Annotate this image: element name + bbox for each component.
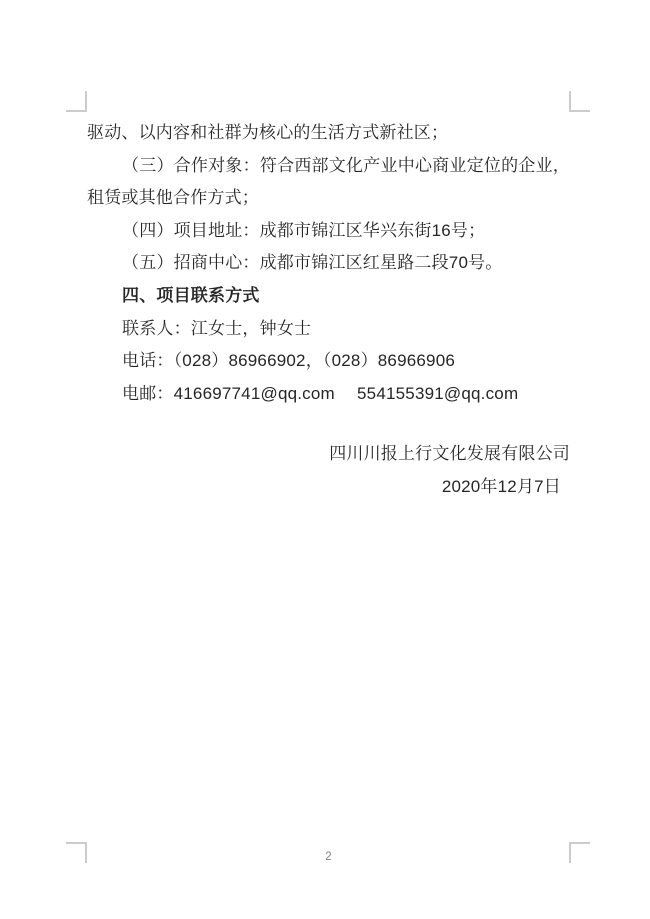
contact-phone-line: 电话：（028）86966902，（028）86966906 xyxy=(87,345,570,378)
paragraph-item-three: （三）合作对象：符合西部文化产业中心商业定位的企业， xyxy=(87,150,570,183)
page-number: 2 xyxy=(87,848,570,866)
blank-line-spacer xyxy=(87,410,570,438)
paragraph-continuation: 驱动、以内容和社群为核心的生活方式新社区； xyxy=(87,117,570,150)
paragraph-item-five: （五）招商中心：成都市锦江区红星路二段70号。 xyxy=(87,247,570,280)
document-page: 驱动、以内容和社群为核心的生活方式新社区； （三）合作对象：符合西部文化产业中心… xyxy=(0,0,650,919)
paragraph-item-three-continuation: 租赁或其他合作方式； xyxy=(87,182,570,215)
paragraph-item-four: （四）项目地址：成都市锦江区华兴东街16号； xyxy=(87,215,570,248)
margin-crop-mark-top-right xyxy=(569,91,590,112)
signature-company: 四川川报上行文化发展有限公司 xyxy=(87,438,570,471)
signature-date: 2020年12月7日 xyxy=(87,471,570,504)
contact-email-line: 电邮：416697741@qq.com 554155391@qq.com xyxy=(87,378,570,411)
margin-crop-mark-bottom-left xyxy=(66,842,87,863)
margin-crop-mark-bottom-right xyxy=(569,842,590,863)
document-body: 驱动、以内容和社群为核心的生活方式新社区； （三）合作对象：符合西部文化产业中心… xyxy=(87,117,570,504)
margin-crop-mark-top-left xyxy=(66,91,87,112)
section-heading-contact: 四、项目联系方式 xyxy=(87,280,570,313)
contact-person-line: 联系人：江女士，钟女士 xyxy=(87,313,570,346)
